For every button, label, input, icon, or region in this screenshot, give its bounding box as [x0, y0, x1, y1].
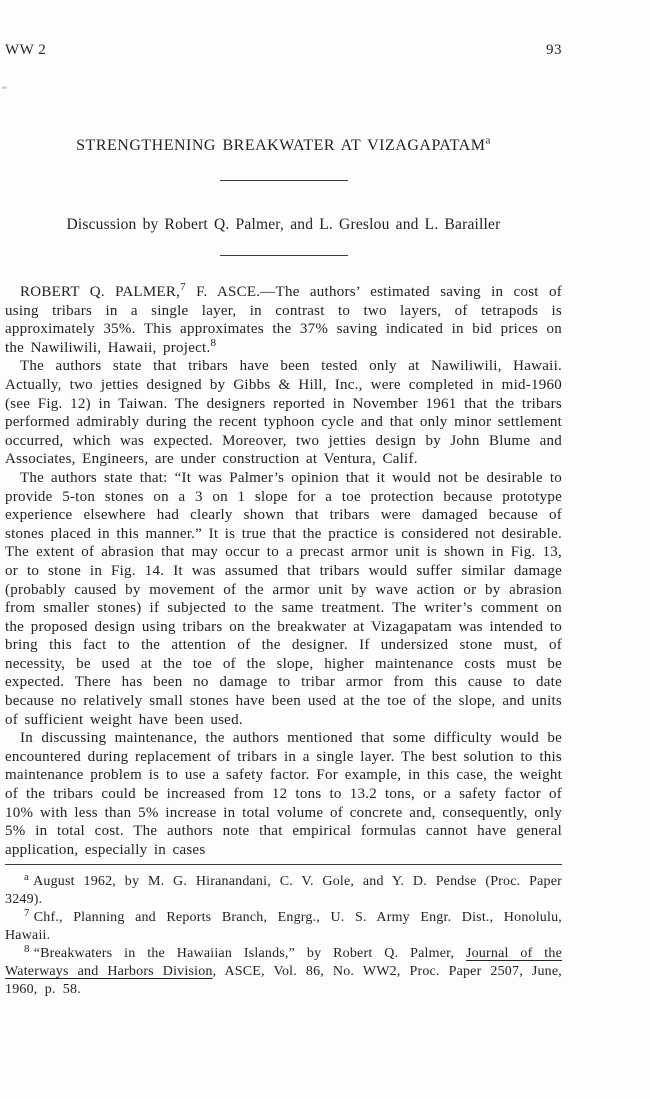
title-footnote-ref-a: a — [485, 135, 490, 147]
footnote-7-text: Chf., Planning and Reports Branch, Engrg… — [5, 910, 562, 943]
page-content: WW 2 93 STRENGTHENING BREAKWATER AT VIZA… — [5, 0, 562, 999]
footnote-ref-8: 8 — [210, 337, 216, 349]
running-header: WW 2 93 — [5, 0, 562, 59]
body-text: ROBERT Q. PALMER,7 F. ASCE.—The authors’… — [5, 283, 562, 859]
footnote-separator-rule — [5, 864, 562, 865]
journal-issue-code: WW 2 — [5, 42, 46, 59]
footnote-8-marker: 8 — [24, 943, 30, 955]
byline-divider-rule — [220, 255, 348, 256]
paragraph-1: ROBERT Q. PALMER,7 F. ASCE.—The authors’… — [5, 283, 562, 357]
paragraph-4: In discussing maintenance, the authors m… — [5, 729, 562, 859]
scanned-journal-page: WW 2 93 STRENGTHENING BREAKWATER AT VIZA… — [0, 0, 650, 1099]
paper-title: STRENGTHENING BREAKWATER AT VIZAGAPATAMa — [5, 137, 562, 155]
page-number: 93 — [546, 42, 562, 59]
footnotes-block: aAugust 1962, by M. G. Hiranandani, C. V… — [5, 873, 562, 999]
paper-title-text: STRENGTHENING BREAKWATER AT VIZAGAPATAM — [76, 137, 485, 154]
footnote-8: 8“Breakwaters in the Hawaiian Islands,” … — [5, 945, 562, 999]
paragraph-3: The authors state that: “It was Palmer’s… — [5, 469, 562, 729]
footnote-a: aAugust 1962, by M. G. Hiranandani, C. V… — [5, 873, 562, 909]
footnote-7-marker: 7 — [24, 907, 30, 919]
footnote-a-marker: a — [24, 871, 29, 883]
title-divider-rule — [220, 180, 348, 181]
discussion-byline: Discussion by Robert Q. Palmer, and L. G… — [5, 216, 562, 234]
paragraph-1-lead: ROBERT Q. PALMER, — [20, 284, 180, 300]
paragraph-2: The authors state that tribars have been… — [5, 357, 562, 469]
footnote-7: 7Chf., Planning and Reports Branch, Engr… — [5, 909, 562, 945]
footnote-8-text-before: “Breakwaters in the Hawaiian Islands,” b… — [34, 946, 466, 961]
footnote-a-text: August 1962, by M. G. Hiranandani, C. V.… — [5, 874, 562, 907]
